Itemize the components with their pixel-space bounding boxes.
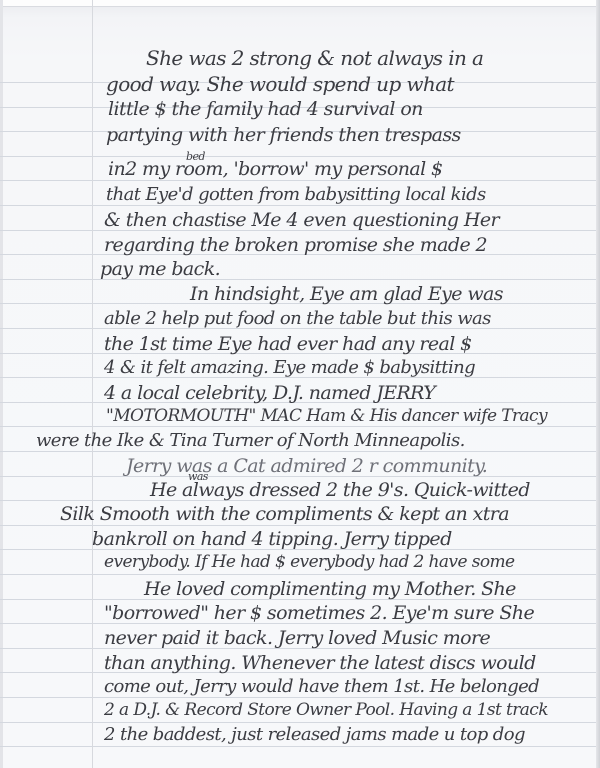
text-line: regarding the broken promise she made 2: [104, 234, 487, 256]
text-line: 4 a local celebrity, D.J. named JERRY: [104, 382, 435, 404]
text-line: able 2 help put food on the table but th…: [104, 308, 491, 329]
text-line: come out, Jerry would have them 1st. He …: [104, 676, 539, 697]
text-line: "MOTORMOUTH" MAC Ham & His dancer wife T…: [106, 406, 547, 426]
text-line: everybody. If He had $ everybody had 2 h…: [104, 552, 514, 572]
text-line: 4 & it felt amazing. Eye made $ babysitt…: [104, 357, 475, 378]
text-line: the 1st time Eye had ever had any real $: [104, 333, 472, 355]
text-line: & then chastise Me 4 even questioning He…: [104, 209, 499, 231]
text-line: than anything. Whenever the latest discs…: [104, 652, 536, 674]
text-line: partying with her friends then trespass: [106, 124, 461, 146]
text-line: that Eye'd gotten from babysitting local…: [106, 184, 486, 205]
text-line: 2 a D.J. & Record Store Owner Pool. Havi…: [104, 700, 548, 720]
text-line: Silk Smooth with the compliments & kept …: [60, 503, 509, 525]
text-line: in2 my room, 'borrow' my personal $: [108, 158, 442, 180]
text-line: bankroll on hand 4 tipping. Jerry tipped: [92, 528, 452, 550]
text-line: pay me back.: [100, 258, 220, 280]
text-line: She was 2 strong & not always in a: [146, 46, 483, 70]
notebook-page: She was 2 strong & not always in a good …: [0, 0, 600, 768]
text-line: In hindsight, Eye am glad Eye was: [190, 283, 503, 305]
text-line: 2 the baddest, just released jams made u…: [104, 724, 525, 745]
text-line: He loved complimenting my Mother. She: [144, 578, 516, 600]
text-line: Jerry was a Cat admired 2 r community.: [126, 455, 487, 477]
text-line: were the Ike & Tina Turner of North Minn…: [36, 430, 465, 451]
text-line: "borrowed" her $ sometimes 2. Eye'm sure…: [104, 602, 534, 624]
text-line: good way. She would spend up what: [106, 72, 454, 96]
text-line: never paid it back. Jerry loved Music mo…: [104, 627, 490, 649]
handwritten-text: She was 2 strong & not always in a good …: [0, 0, 600, 768]
text-line: little $ the family had 4 survival on: [108, 98, 423, 120]
text-line: He always dressed 2 the 9's. Quick-witte…: [150, 479, 530, 501]
